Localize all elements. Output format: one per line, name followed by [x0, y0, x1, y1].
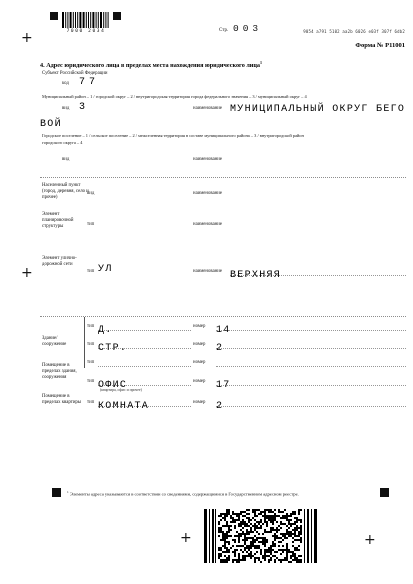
building-row2-type-label: тип — [87, 342, 94, 347]
footnote-mark: 1 — [67, 490, 69, 494]
building-row2-num-value: 2 — [216, 343, 223, 354]
planning-type-label: тип — [87, 222, 94, 227]
crop-mark-bottom-right-icon: + — [364, 533, 376, 547]
crop-mark-middle-left-icon: + — [21, 266, 33, 280]
section-title-footnote-ref: 1 — [260, 60, 262, 65]
premises-apartment-type-label: тип — [87, 400, 94, 405]
planning-label: Элемент планировоч­ной структуры — [42, 212, 74, 230]
street-type-value: УЛ — [98, 265, 113, 275]
barcode-anchor-left-square — [50, 12, 58, 20]
bottom-2d-barcode-icon — [204, 509, 318, 563]
subject-code-value: 77 — [79, 78, 99, 88]
locality-label: Населенный пункт (город, деревня, село и… — [42, 183, 90, 201]
settlement-name-label: наименование — [193, 157, 222, 162]
municipal-name-value: МУНИЦИПАЛЬНЫЙ ОКРУГ БЕГОВОЙ — [40, 102, 409, 132]
crop-mark-bottom-left-icon: + — [180, 531, 192, 545]
building-row1-type-label: тип — [87, 324, 94, 329]
locality-type-label: вид — [87, 191, 94, 196]
top-barcode-icon — [62, 12, 111, 28]
top-barcode-digits: 7000 2034 — [60, 29, 112, 34]
building-row3-num-label: номер — [193, 360, 205, 365]
page-number-label: Стр. — [219, 28, 228, 33]
premises-building-num-value: 17 — [216, 380, 231, 391]
footnote-left-square — [52, 488, 61, 497]
subject-code-label: код — [62, 81, 69, 86]
dotted-separator-1 — [40, 177, 406, 178]
settlement-type-label: вид — [62, 157, 69, 162]
footnote-right-square — [380, 488, 389, 497]
street-type-label: тип — [87, 269, 94, 274]
dotted-separator-2 — [40, 316, 406, 317]
building-row2-num-label: номер — [193, 342, 205, 347]
settlement-hint: Городское поселение – 1 / сельское посел… — [42, 133, 410, 146]
document-hash: 9054 a791 5102 aa2b 6026 e03f 307f 6db2 — [283, 29, 405, 34]
crop-mark-top-left-icon: + — [21, 31, 33, 45]
locality-name-label: наименование — [193, 191, 222, 196]
municipal-hint: Муниципальный район – 1 / городской окру… — [42, 94, 307, 101]
building-label: Здание/ сооружение — [42, 336, 84, 348]
street-label: Элемент улично-дорожной сети — [42, 256, 78, 268]
premises-building-label: Помещение в пределах здания, сооружения — [42, 363, 82, 381]
building-row1-num-label: номер — [193, 324, 205, 329]
building-row3-type-label: тип — [87, 360, 94, 365]
premises-apartment-label: Помещение в пределах квартиры — [42, 394, 82, 406]
premises-apartment-type-value: КОМНАТА — [98, 401, 149, 412]
section-title: 4. Адрес юридического лица в пределах ме… — [40, 60, 400, 69]
barcode-anchor-right-square — [113, 12, 121, 20]
page-number: 003 — [233, 23, 262, 34]
premises-building-num-label: номер — [193, 379, 205, 384]
section-title-text: 4. Адрес юридического лица в пределах ме… — [40, 62, 260, 69]
premises-building-type-note: (квартира, офис и прочее) — [100, 388, 142, 392]
premises-building-type-label: тип — [87, 379, 94, 384]
street-name-label: наименование — [193, 269, 222, 274]
form-number: Форма № Р11001 — [283, 42, 405, 49]
building-bracket-line — [84, 317, 85, 368]
form-page: + 7000 2034 Стр. 003 9054 a791 5102 aa2b… — [0, 0, 413, 584]
planning-name-label: наименование — [193, 222, 222, 227]
street-name-value: ВЕРХНЯЯ — [230, 270, 281, 281]
premises-apartment-num-value: 2 — [216, 401, 223, 412]
footnote-text: 1 Элементы адреса указываются в соответс… — [67, 490, 299, 497]
building-row1-type-value: Д. — [98, 325, 113, 336]
building-row2-type-value: СТР. — [98, 343, 127, 354]
footnote-body: Элементы адреса указываются в соответств… — [70, 492, 299, 497]
premises-apartment-num-label: номер — [193, 400, 205, 405]
building-row1-num-value: 14 — [216, 325, 231, 336]
